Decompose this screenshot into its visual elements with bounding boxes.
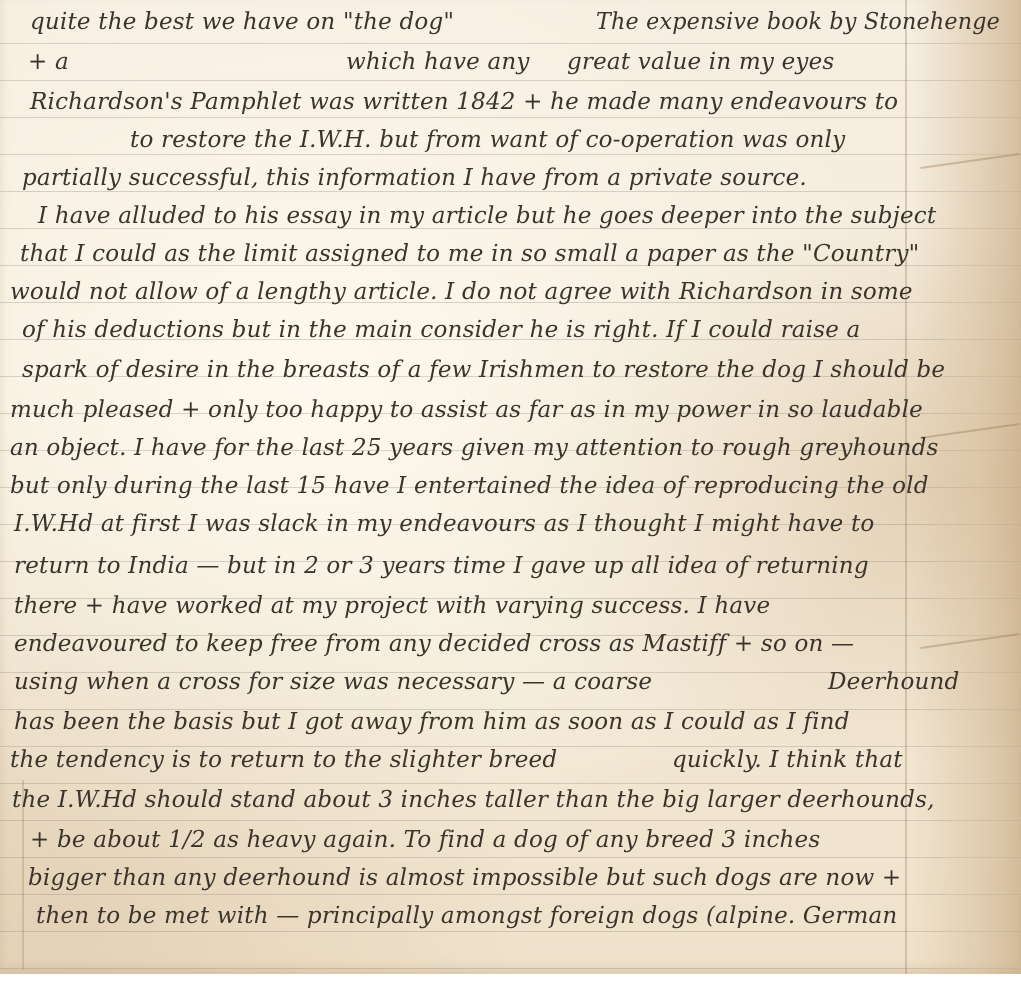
text-segment: of his deductions but in the main consid…	[22, 312, 860, 349]
text-line: return to India — but in 2 or 3 years ti…	[0, 548, 1000, 585]
text-segment: that I could as the limit assigned to me…	[20, 236, 919, 273]
text-line: but only during the last 15 have I enter…	[0, 468, 1000, 505]
text-segment: using when a cross for size was necessar…	[14, 664, 652, 701]
text-segment: spark of desire in the breasts of a few …	[22, 352, 945, 389]
text-segment: + a	[28, 44, 69, 81]
text-line: the I.W.Hd should stand about 3 inches t…	[0, 782, 1000, 819]
text-line: that I could as the limit assigned to me…	[0, 236, 1000, 273]
text-segment: I.W.Hd at first I was slack in my endeav…	[14, 506, 874, 543]
text-line: quite the best we have on "the dog" The …	[0, 4, 1000, 41]
text-segment: + be about 1/2 as heavy again. To find a…	[30, 822, 820, 859]
text-line: then to be met with — principally amongs…	[0, 898, 1000, 935]
text-line: endeavoured to keep free from any decide…	[0, 626, 1000, 663]
letter-page: quite the best we have on "the dog" The …	[0, 0, 1021, 974]
text-segment: bigger than any deerhound is almost impo…	[28, 860, 901, 897]
text-segment: there + have worked at my project with v…	[14, 588, 770, 625]
text-line: partially successful, this information I…	[0, 160, 1000, 197]
text-segment: to restore the I.W.H. but from want of c…	[130, 122, 845, 159]
text-line: I.W.Hd at first I was slack in my endeav…	[0, 506, 1000, 543]
text-segment: would not allow of a lengthy article. I …	[10, 274, 913, 311]
text-line: the tendency is to return to the slighte…	[0, 742, 1000, 779]
text-line: of his deductions but in the main consid…	[0, 312, 1000, 349]
text-segment: quite the best we have on "the dog"	[30, 4, 454, 41]
text-segment: has been the basis but I got away from h…	[14, 704, 850, 741]
text-line: spark of desire in the breasts of a few …	[0, 352, 1000, 389]
text-segment: quickly. I think that	[672, 742, 903, 779]
text-segment: the I.W.Hd should stand about 3 inches t…	[12, 782, 935, 819]
text-segment: but only during the last 15 have I enter…	[10, 468, 929, 505]
text-line: an object. I have for the last 25 years …	[0, 430, 1000, 467]
text-segment: which have any	[346, 44, 530, 81]
text-line: + a which have any great value in my eye…	[0, 44, 1000, 81]
text-line: has been the basis but I got away from h…	[0, 704, 1000, 741]
text-line: there + have worked at my project with v…	[0, 588, 1000, 625]
handwritten-text-block: quite the best we have on "the dog" The …	[0, 0, 1021, 974]
text-line: using when a cross for size was necessar…	[0, 664, 1000, 701]
text-line: I have alluded to his essay in my articl…	[0, 198, 1000, 235]
text-segment: an object. I have for the last 25 years …	[10, 430, 939, 467]
text-segment: partially successful, this information I…	[22, 160, 807, 197]
text-segment: endeavoured to keep free from any decide…	[14, 626, 854, 663]
text-line: + be about 1/2 as heavy again. To find a…	[0, 822, 1000, 859]
text-segment: The expensive book by Stonehenge	[596, 4, 1000, 41]
text-line: much pleased + only too happy to assist …	[0, 392, 1000, 429]
text-segment: much pleased + only too happy to assist …	[10, 392, 923, 429]
text-segment: Richardson's Pamphlet was written 1842 +…	[30, 84, 898, 121]
text-segment: then to be met with — principally amongs…	[36, 898, 897, 935]
text-line: bigger than any deerhound is almost impo…	[0, 860, 1000, 897]
text-segment: I have alluded to his essay in my articl…	[38, 198, 936, 235]
text-segment: return to India — but in 2 or 3 years ti…	[14, 548, 869, 585]
text-segment: Deerhound	[828, 664, 959, 701]
text-segment: the tendency is to return to the slighte…	[10, 742, 557, 779]
text-segment: great value in my eyes	[567, 44, 834, 81]
text-line: would not allow of a lengthy article. I …	[0, 274, 1000, 311]
text-line: to restore the I.W.H. but from want of c…	[0, 122, 1000, 159]
text-line: Richardson's Pamphlet was written 1842 +…	[0, 84, 1000, 121]
